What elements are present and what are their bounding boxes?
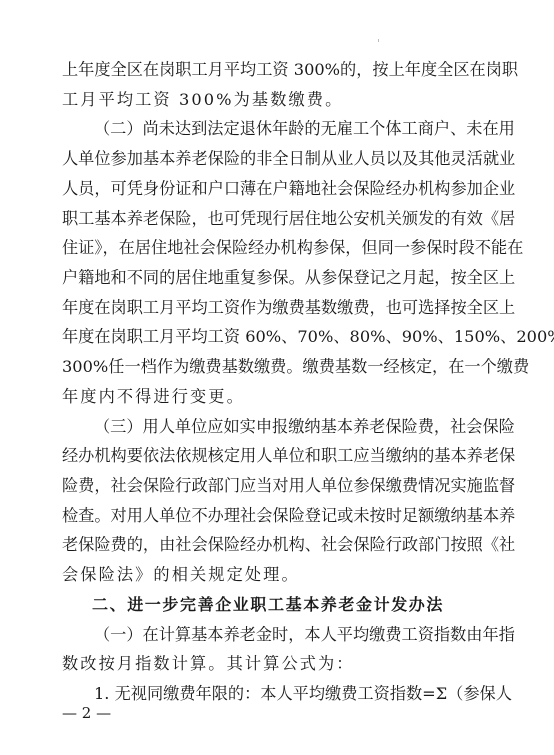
body-line: 300%任一档作为缴费基数缴费。缴费基数一经核定，在一个缴费 <box>62 356 475 378</box>
body-line: 人员，可凭身份证和户口薄在户籍地社会保险经办机构参加企业 <box>62 178 475 200</box>
body-line: 检查。对用人单位不办理社会保险登记或未按时足额缴纳基本养 <box>62 505 475 527</box>
paragraph-start-line: （二）尚未达到法定退休年龄的无雇工个体工商户、未在用 <box>94 118 475 140</box>
body-line: 会保险法》的相关规定处理。 <box>62 564 475 586</box>
body-line: 险费，社会保险行政部门应当对用人单位参保缴费情况实施监督 <box>62 475 475 497</box>
body-line: 经办机构要依法依规核定用人单位和职工应当缴纳的基本养老保 <box>62 445 475 467</box>
scan-speck <box>378 39 379 42</box>
section-heading: 二、进一步完善企业职工基本养老金计发办法 <box>92 594 444 616</box>
paragraph-start-line: （三）用人单位应如实申报缴纳基本养老保险费，社会保险 <box>94 416 475 438</box>
body-line: 住证》，在居住地社会保险经办机构参保，但同一参保时段不能在 <box>62 237 475 259</box>
body-line: 老保险费的，由社会保险经办机构、社会保险行政部门按照《社 <box>62 534 475 556</box>
paragraph-start-line: （一）在计算基本养老金时，本人平均缴费工资指数由年指 <box>94 624 475 646</box>
body-line: 职工基本养老保险，也可凭现行居住地公安机关颁发的有效《居 <box>62 208 475 230</box>
body-line: 人单位参加基本养老保险的非全日制从业人员以及其他灵活就业 <box>62 148 475 170</box>
page-number: — 2 — <box>62 703 111 723</box>
body-line: 工月平均工资 300%为基数缴费。 <box>62 89 475 111</box>
paragraph-start-line: 1. 无视同缴费年限的：本人平均缴费工资指数=Σ（参保人 <box>94 683 475 705</box>
document-page: 上年度全区在岗职工月平均工资 300%的，按上年度全区在岗职 工月平均工资 30… <box>0 0 554 755</box>
body-line: 户籍地和不同的居住地重复参保。从参保登记之月起，按全区上 <box>62 267 475 289</box>
body-line: 数改按月指数计算。其计算公式为： <box>62 653 475 675</box>
body-line: 上年度全区在岗职工月平均工资 300%的，按上年度全区在岗职 <box>62 59 475 81</box>
body-line: 年度在岗职工月平均工资 60%、70%、80%、90%、150%、200%、 <box>62 326 475 348</box>
body-line: 年度在岗职工月平均工资作为缴费基数缴费，也可选择按全区上 <box>62 297 475 319</box>
body-line: 年度内不得进行变更。 <box>62 386 475 408</box>
